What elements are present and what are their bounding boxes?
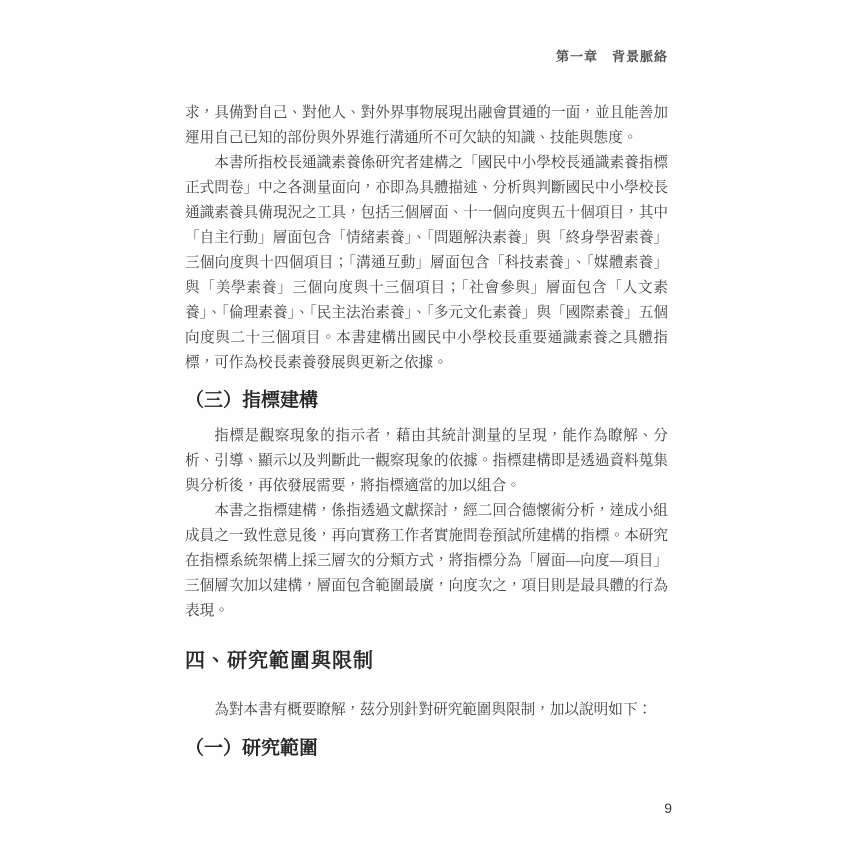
paragraph-indicator-method: 本書之指標建構，係指透過文獻探討，經二回合德懷術分析，達成小組成員之一致性意見後… (185, 499, 668, 624)
paragraph-questionnaire: 本書所指校長通識素養係研究者建構之「國民中小學校長通識素養指標正式問卷」中之各測… (185, 151, 668, 376)
book-page: 第一章 背景脈絡 求，具備對自己、對他人、對外界事物展現出融會貫通的一面，並且能… (0, 0, 850, 850)
paragraph-indicator-definition: 指標是觀察現象的指示者，藉由其統計測量的呈現，能作為瞭解、分析、引導、顯示以及判… (185, 424, 668, 499)
heading-indicator-construction: （三）指標建構 (185, 389, 668, 413)
heading-research-scope: （一）研究範圍 (185, 737, 668, 761)
paragraph-continuation: 求，具備對自己、對他人、對外界事物展現出融會貫通的一面，並且能善加運用自己已知的… (185, 101, 668, 151)
running-header: 第一章 背景脈絡 (185, 49, 668, 65)
text-column: 第一章 背景脈絡 求，具備對自己、對他人、對外界事物展現出融會貫通的一面，並且能… (185, 49, 668, 761)
paragraph-scope-intro: 為對本書有概要瞭解，茲分別針對研究範圍與限制，加以說明如下： (185, 698, 668, 723)
page-number: 9 (630, 800, 672, 816)
heading-scope-and-limits: 四、研究範圍與限制 (185, 648, 668, 675)
